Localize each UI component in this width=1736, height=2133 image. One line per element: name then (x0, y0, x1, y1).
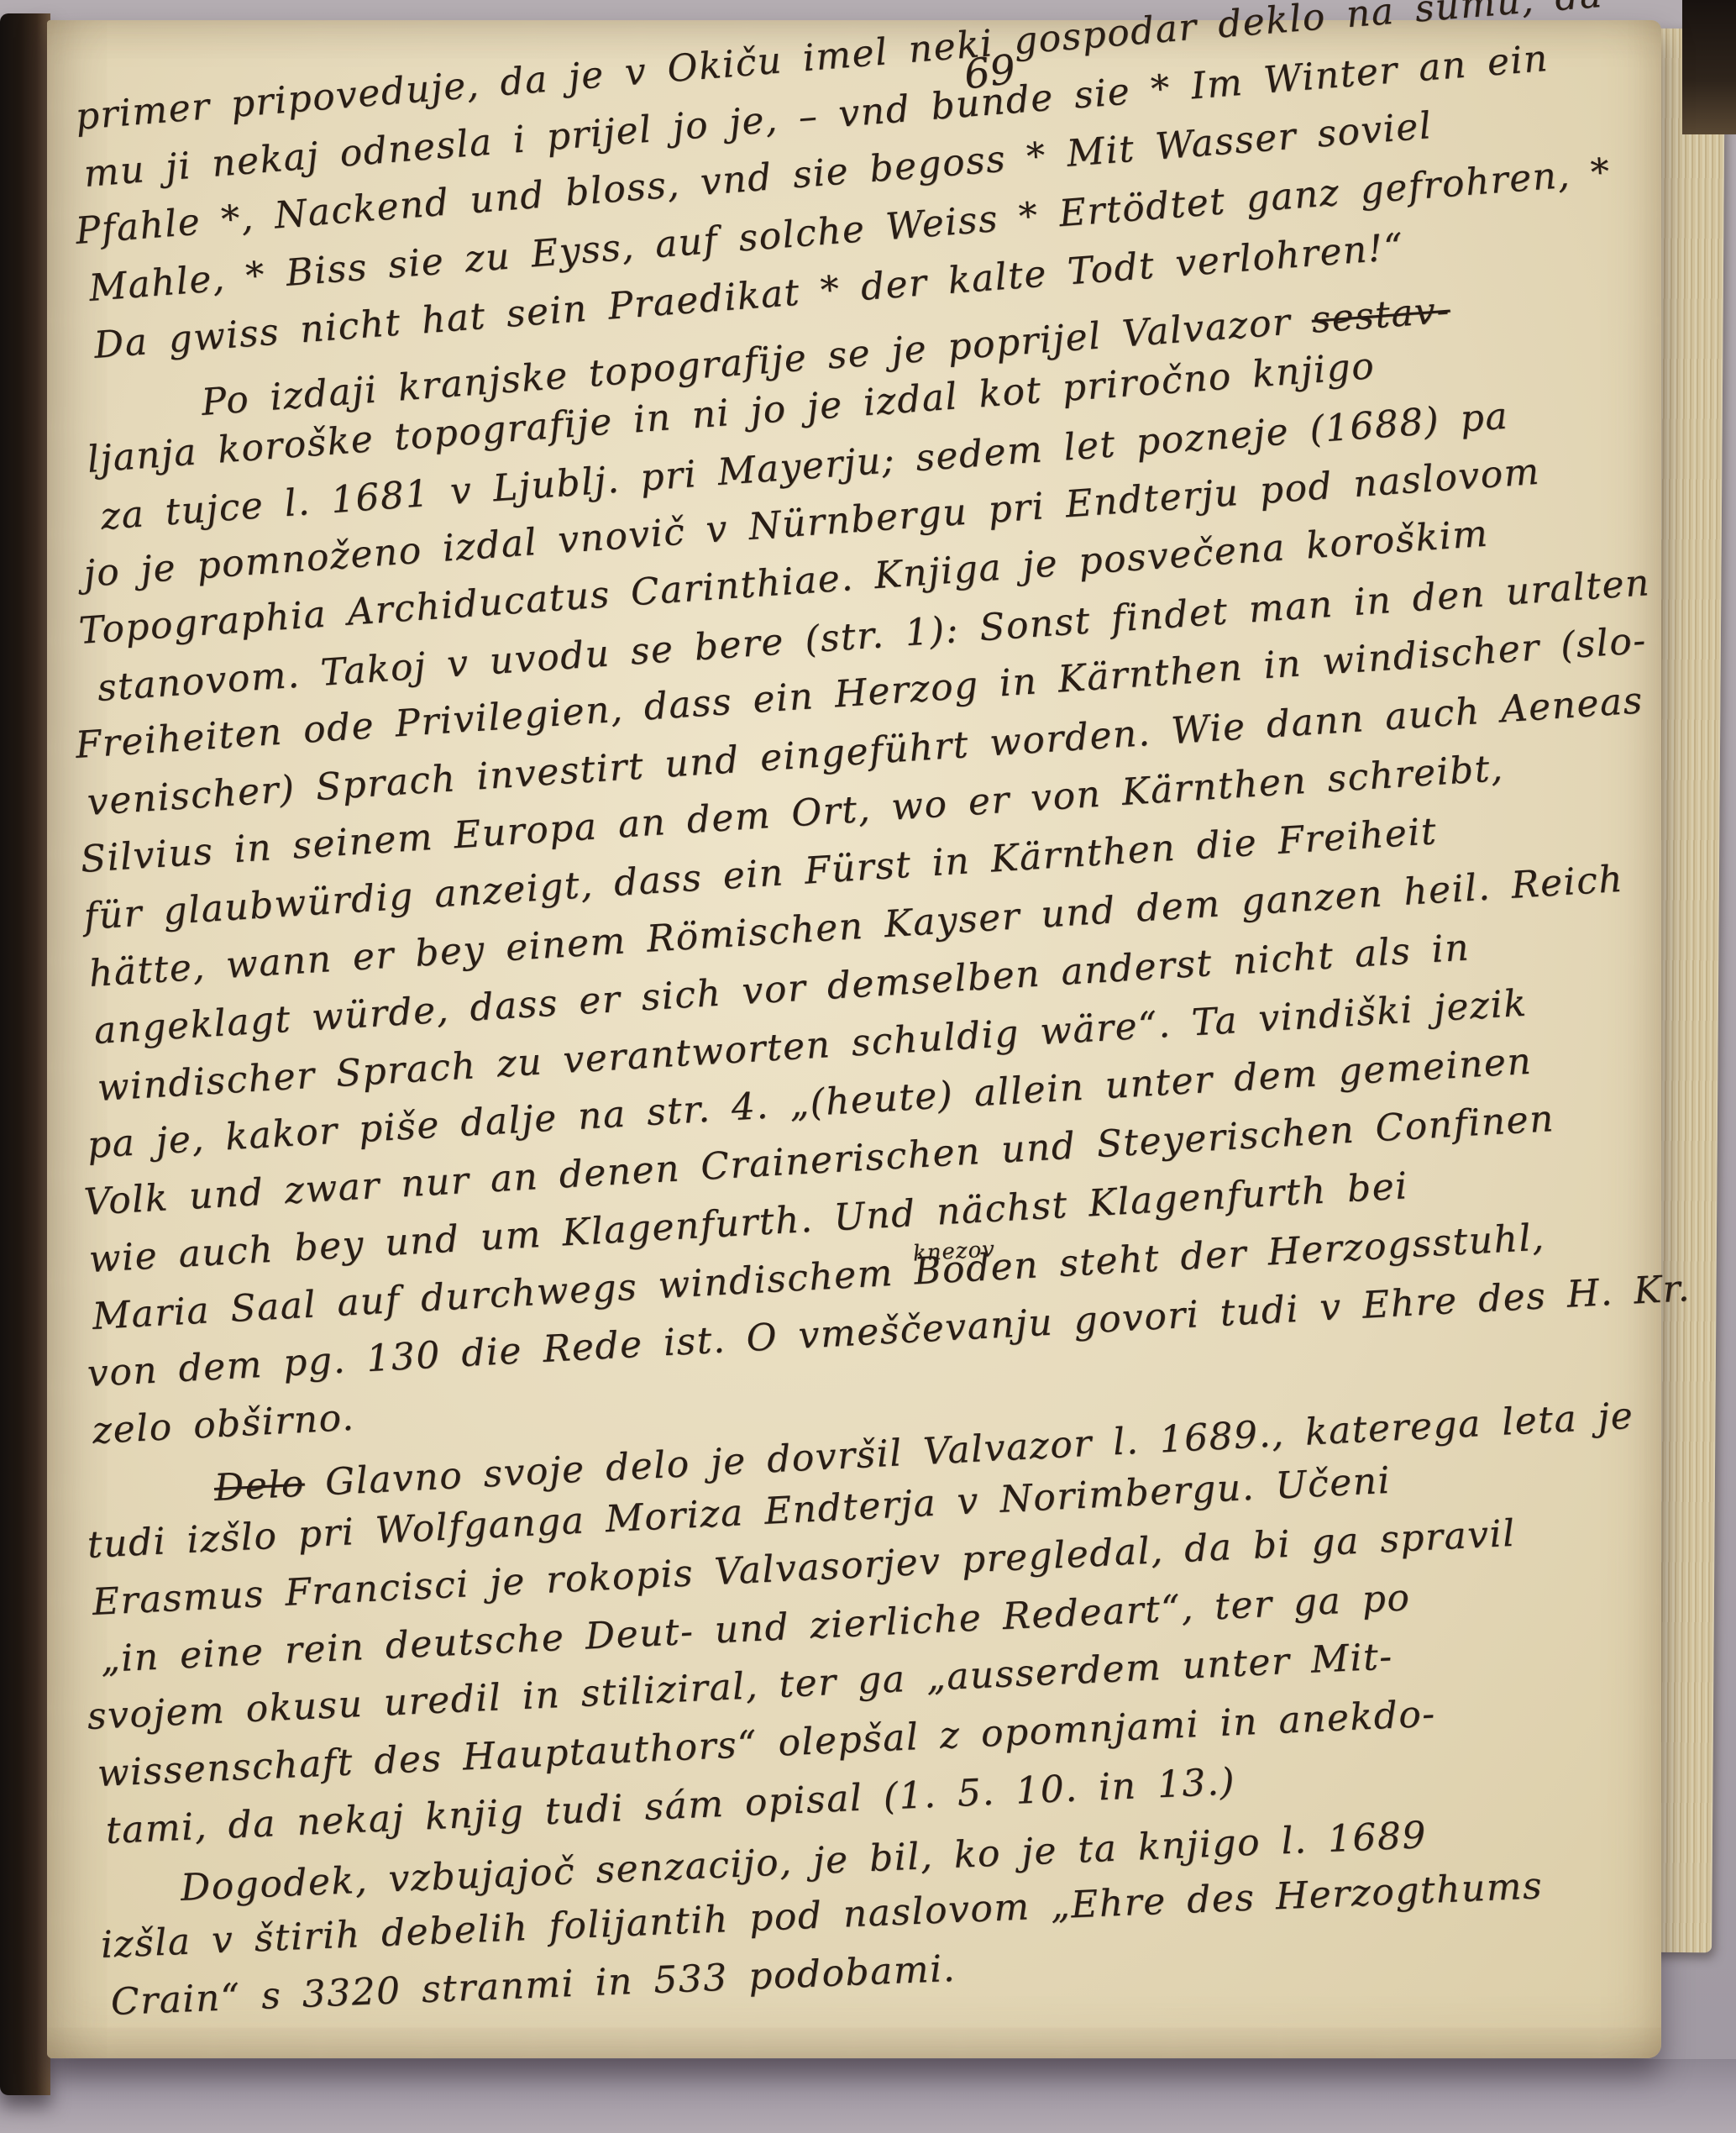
manuscript-page: 69 primer pripoveduje, da je v Okiču ime… (47, 20, 1661, 2058)
book-cover-corner (1682, 0, 1736, 134)
text-segment: zelo obširno. (92, 1396, 356, 1453)
table-surface (0, 2059, 1736, 2133)
photographed-book-scene: 69 primer pripoveduje, da je v Okiču ime… (0, 0, 1736, 2133)
book-spine (0, 13, 50, 2095)
struck-word: Delo (213, 1463, 306, 1510)
handwritten-text-block: primer pripoveduje, da je v Okiču imel n… (76, 89, 1634, 2031)
